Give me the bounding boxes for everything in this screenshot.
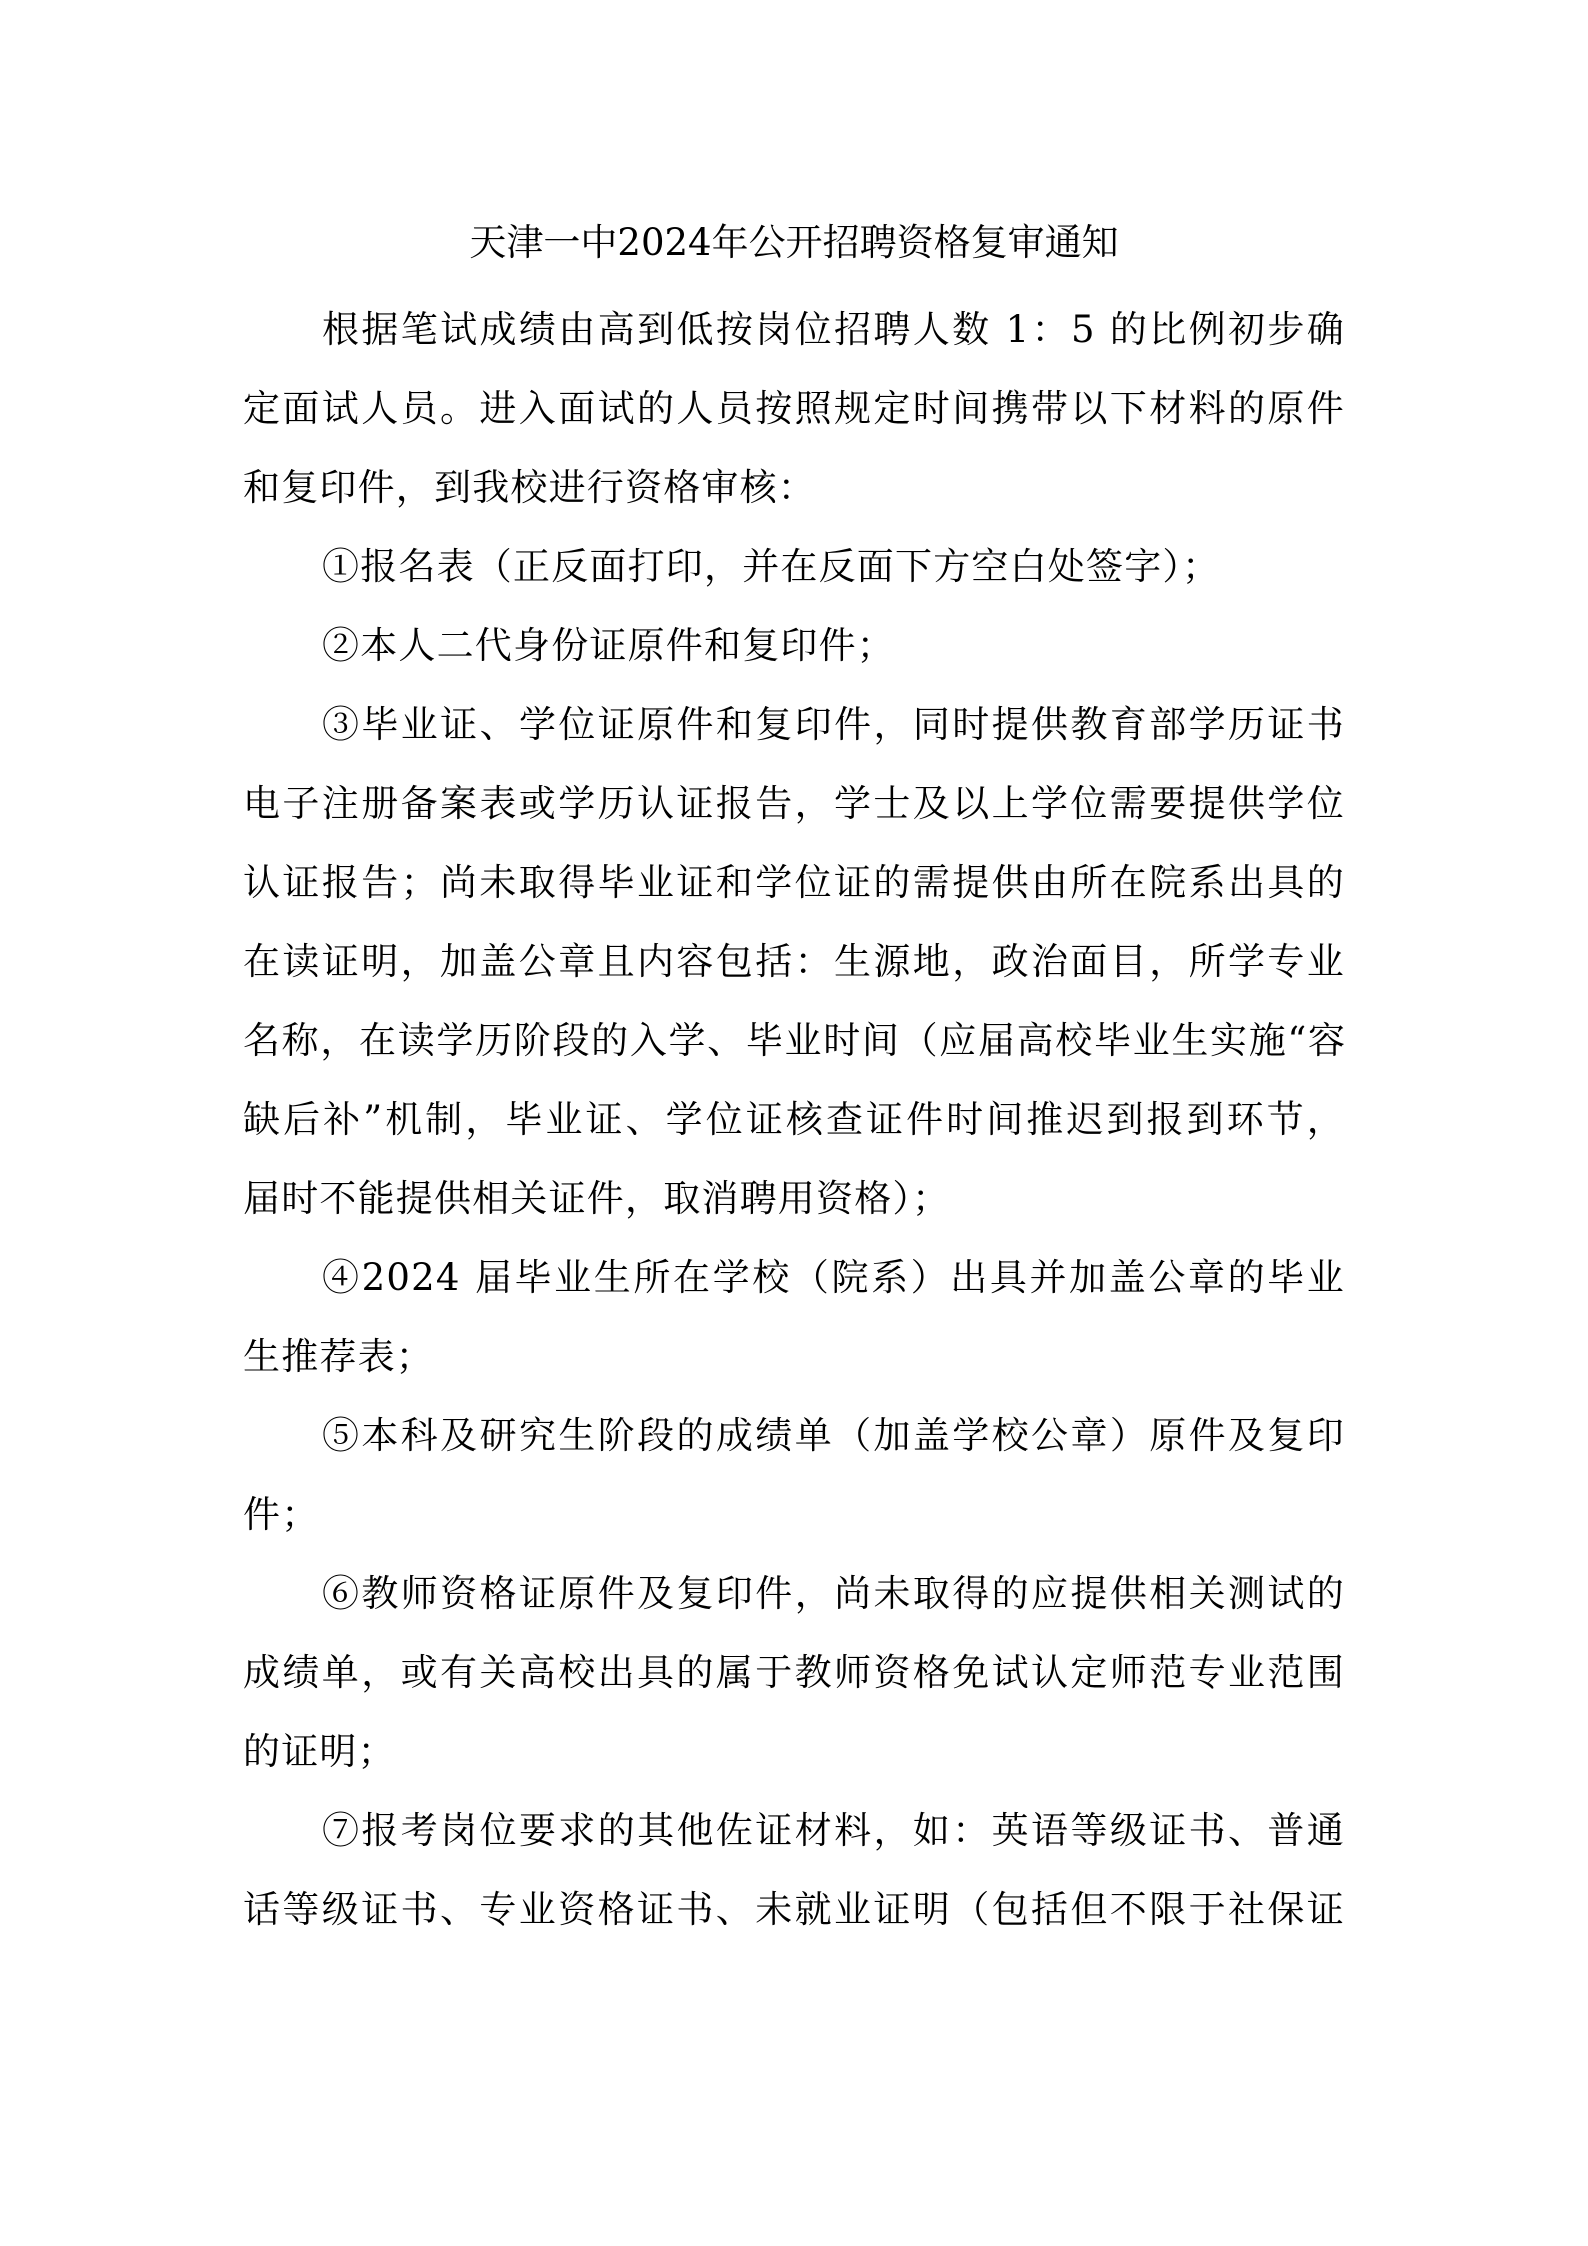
text-line: 生推荐表； (243, 1317, 1353, 1396)
text-line: 在读证明，加盖公章且内容包括：生源地，政治面目，所学专业 (243, 922, 1345, 1001)
list-item-3: ③毕业证、学位证原件和复印件，同时提供教育部学历证书 电子注册备案表或学历认证报… (243, 685, 1353, 1238)
list-item-1: ①报名表（正反面打印，并在反面下方空白处签字）； (243, 527, 1353, 606)
list-item-4: ④2024 届毕业生所在学校（院系）出具并加盖公章的毕业 生推荐表； (243, 1238, 1353, 1396)
text-line: ⑦报考岗位要求的其他佐证材料，如：英语等级证书、普通 (243, 1791, 1345, 1870)
text-line: 的证明； (243, 1712, 1353, 1791)
text-line: 届时不能提供相关证件，取消聘用资格）； (243, 1159, 1353, 1238)
paragraph-intro: 根据笔试成绩由高到低按岗位招聘人数 1：5 的比例初步确 定面试人员。进入面试的… (243, 290, 1353, 527)
list-item-6: ⑥教师资格证原件及复印件，尚未取得的应提供相关测试的 成绩单，或有关高校出具的属… (243, 1554, 1353, 1791)
document-page: 天津一中2024年公开招聘资格复审通知 根据笔试成绩由高到低按岗位招聘人数 1：… (0, 0, 1588, 2246)
text-line: ①报名表（正反面打印，并在反面下方空白处签字）； (243, 527, 1353, 606)
text-line: 件； (243, 1475, 1353, 1554)
text-line: 根据笔试成绩由高到低按岗位招聘人数 1：5 的比例初步确 (243, 290, 1345, 369)
text-line: 名称，在读学历阶段的入学、毕业时间（应届高校毕业生实施“容 (243, 1001, 1345, 1080)
document-body: 根据笔试成绩由高到低按岗位招聘人数 1：5 的比例初步确 定面试人员。进入面试的… (243, 290, 1353, 1949)
text-line: 缺后补”机制，毕业证、学位证核查证件时间推迟到报到环节， (243, 1080, 1345, 1159)
text-line: 定面试人员。进入面试的人员按照规定时间携带以下材料的原件 (243, 369, 1345, 448)
text-line: 电子注册备案表或学历认证报告，学士及以上学位需要提供学位 (243, 764, 1345, 843)
text-line: 和复印件，到我校进行资格审核： (243, 448, 1353, 527)
text-line: 认证报告；尚未取得毕业证和学位证的需提供由所在院系出具的 (243, 843, 1345, 922)
text-line: ④2024 届毕业生所在学校（院系）出具并加盖公章的毕业 (243, 1238, 1345, 1317)
list-item-7: ⑦报考岗位要求的其他佐证材料，如：英语等级证书、普通 话等级证书、专业资格证书、… (243, 1791, 1353, 1949)
text-line: ③毕业证、学位证原件和复印件，同时提供教育部学历证书 (243, 685, 1345, 764)
text-line: 话等级证书、专业资格证书、未就业证明（包括但不限于社保证 (243, 1870, 1345, 1949)
page-title: 天津一中2024年公开招聘资格复审通知 (0, 218, 1588, 268)
text-line: 成绩单，或有关高校出具的属于教师资格免试认定师范专业范围 (243, 1633, 1345, 1712)
text-line: ②本人二代身份证原件和复印件； (243, 606, 1353, 685)
list-item-2: ②本人二代身份证原件和复印件； (243, 606, 1353, 685)
text-line: ⑤本科及研究生阶段的成绩单（加盖学校公章）原件及复印 (243, 1396, 1345, 1475)
text-line: ⑥教师资格证原件及复印件，尚未取得的应提供相关测试的 (243, 1554, 1345, 1633)
list-item-5: ⑤本科及研究生阶段的成绩单（加盖学校公章）原件及复印 件； (243, 1396, 1353, 1554)
